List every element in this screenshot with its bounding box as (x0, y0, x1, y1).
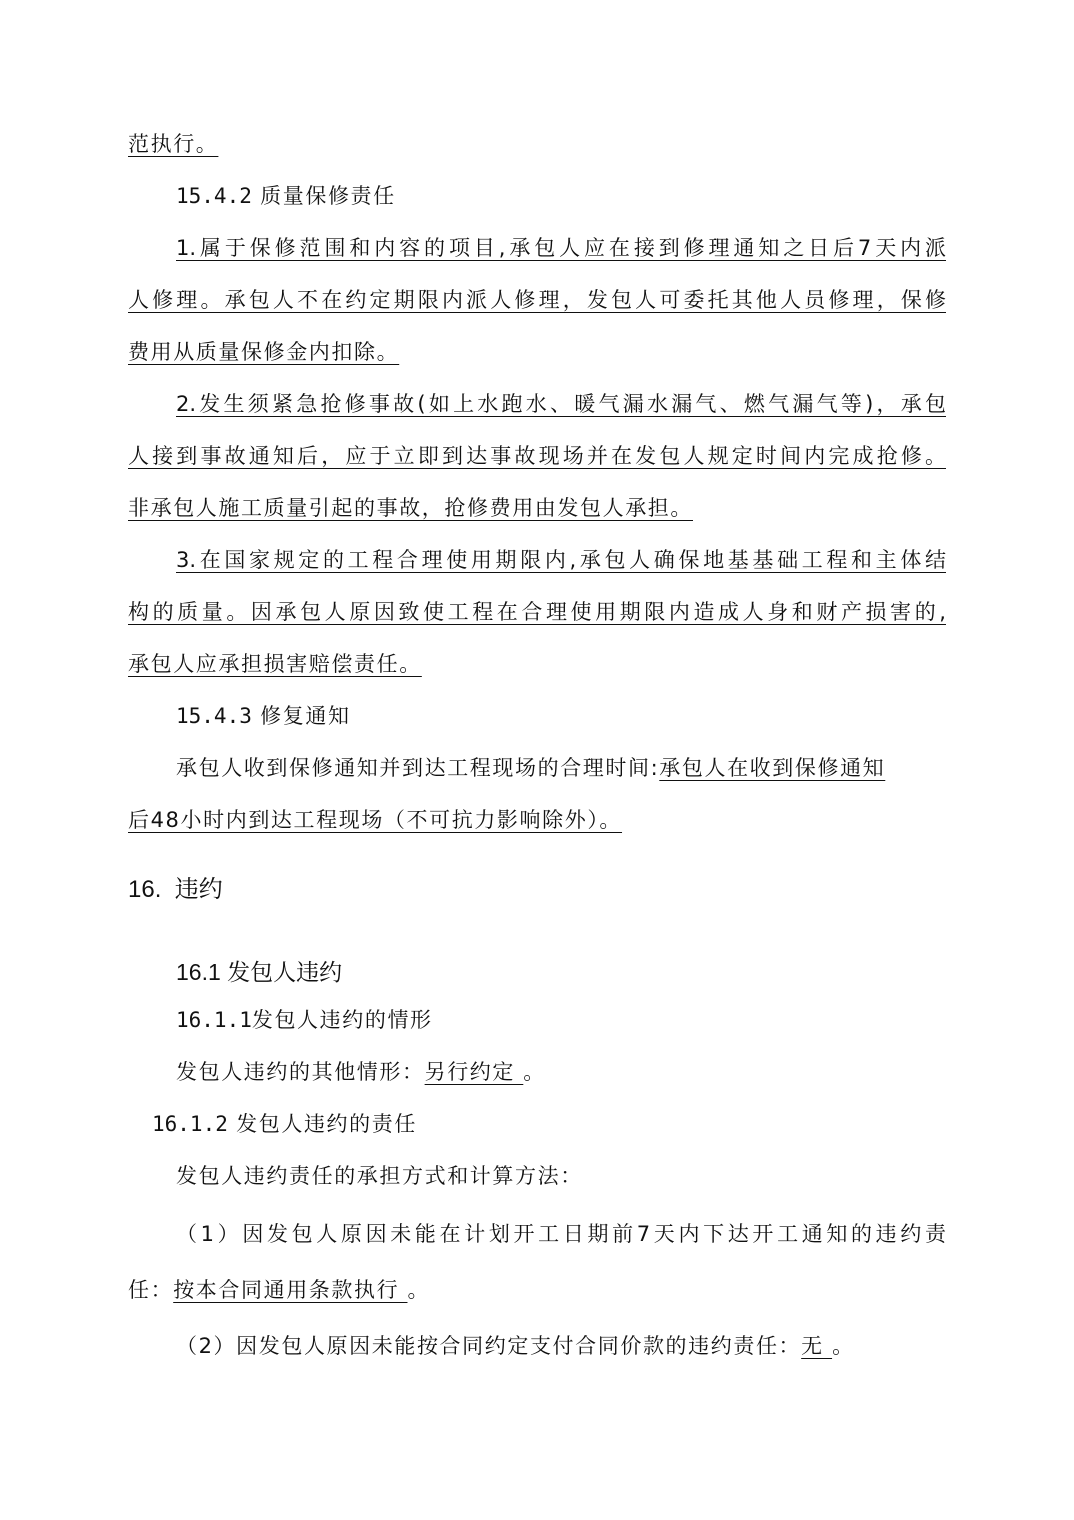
liability-item-2-value: 无 (801, 1334, 832, 1358)
section-title: 发包人违约的责任 (236, 1112, 417, 1136)
section-number: 15.4.3 (176, 704, 252, 728)
section-number: 16.1 (176, 959, 221, 985)
warranty-para-2-line-1: 2.发生须紧急抢修事故(如上水跑水、暖气漏水漏气、燃气漏气等)，承包 (176, 390, 946, 418)
repair-notice-label: 承包人收到保修通知并到达工程现场的合理时间: (176, 756, 659, 780)
section-16-heading: 16. 违约 (128, 876, 223, 904)
repair-notice-line-2: 后48小时内到达工程现场（不可抗力影响除外）。 (128, 806, 622, 834)
liability-item-1-prefix: 任： (128, 1278, 173, 1302)
section-16-1-heading: 16.1 发包人违约 (176, 958, 342, 986)
section-title: 发包人违约的情形 (252, 1008, 433, 1032)
section-16-1-1-heading: 16.1.1发包人违约的情形 (176, 1006, 433, 1034)
liability-item-1-line-1: （1）因发包人原因未能在计划开工日期前7天内下达开工通知的违约责 (176, 1220, 946, 1248)
other-cases-label: 发包人违约的其他情形： (176, 1060, 425, 1084)
section-number: 16.1.2 (152, 1112, 228, 1136)
warranty-para-2-line-2: 人接到事故通知后，应于立即到达事故现场并在发包人规定时间内完成抢修。 (128, 442, 946, 470)
warranty-para-1-line-1: 1.属于保修范围和内容的项目,承包人应在接到修理通知之日后7天内派 (176, 234, 946, 262)
liability-item-2: （2）因发包人原因未能按合同约定支付合同价款的违约责任：无 。 (176, 1332, 855, 1360)
liability-item-2-end: 。 (832, 1334, 855, 1358)
section-title: 发包人违约 (227, 959, 342, 985)
liability-item-1-line-2: 任：按本合同通用条款执行 。 (128, 1276, 430, 1304)
other-cases-value: 另行约定 (425, 1060, 524, 1084)
section-title: 修复通知 (260, 704, 350, 728)
section-title: 违约 (175, 876, 223, 903)
warranty-para-1-line-2: 人修理。承包人不在约定期限内派人修理，发包人可委托其他人员修理，保修 (128, 286, 946, 314)
section-number: 16. (128, 876, 161, 903)
section-15-4-3-heading: 15.4.3 修复通知 (176, 702, 351, 730)
section-number: 15.4.2 (176, 184, 252, 208)
repair-notice-value: 承包人在收到保修通知 (659, 756, 885, 780)
liability-item-2-label: （2）因发包人原因未能按合同约定支付合同价款的违约责任： (176, 1334, 801, 1358)
liability-item-1-end: 。 (407, 1278, 430, 1302)
other-cases-end: 。 (523, 1060, 546, 1084)
warranty-para-3-line-1: 3.在国家规定的工程合理使用期限内,承包人确保地基基础工程和主体结 (176, 546, 946, 574)
liability-intro: 发包人违约责任的承担方式和计算方法： (176, 1162, 583, 1190)
liability-item-1-value: 按本合同通用条款执行 (173, 1278, 407, 1302)
warranty-para-2-line-3: 非承包人施工质量引起的事故，抢修费用由发包人承担。 (128, 494, 693, 522)
warranty-para-3-line-2: 构的质量。因承包人原因致使工程在合理使用期限内造成人身和财产损害的, (128, 598, 946, 626)
carryover-text: 范执行。 (128, 130, 218, 158)
warranty-para-1-line-3: 费用从质量保修金内扣除。 (128, 338, 399, 366)
other-cases-line: 发包人违约的其他情形：另行约定 。 (176, 1058, 546, 1086)
section-number: 16.1.1 (176, 1008, 252, 1032)
warranty-para-3-line-3: 承包人应承担损害赔偿责任。 (128, 650, 422, 678)
section-title: 质量保修责任 (260, 184, 396, 208)
section-16-1-2-heading: 16.1.2 发包人违约的责任 (152, 1110, 417, 1138)
section-15-4-2-heading: 15.4.2 质量保修责任 (176, 182, 396, 210)
repair-notice-line-1: 承包人收到保修通知并到达工程现场的合理时间:承包人在收到保修通知 (176, 754, 885, 782)
